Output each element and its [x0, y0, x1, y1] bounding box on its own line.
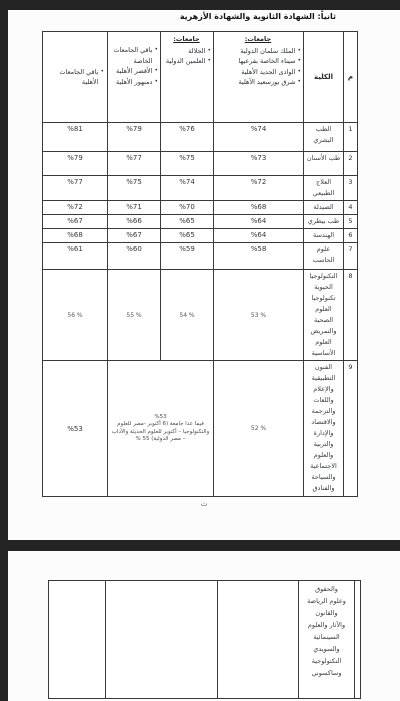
header-universities-group3: •باقي الجامعات الخاصة •الأقصر الأهلية •د… — [108, 32, 161, 123]
list-item: •العلمين الدولية — [162, 56, 211, 67]
bullet-icon: • — [297, 46, 301, 57]
percentage-value: %66 — [108, 215, 161, 229]
group1-title: جامعات: — [215, 34, 301, 45]
university-name: دمنهور الأهلية — [116, 77, 152, 88]
table-row: 8 التكنولوجيا الحيوية تكنولوجيا العلوم ا… — [43, 270, 358, 361]
list-item: •الملك سلمان الدولية — [215, 46, 301, 57]
table-header-row: م الكلية جامعات: •الملك سلمان الدولية •س… — [43, 32, 358, 123]
admission-percentages-table: م الكلية جامعات: •الملك سلمان الدولية •س… — [42, 31, 358, 497]
faculty-name: الطب البشري — [304, 123, 344, 152]
percentage-value: %75 — [161, 152, 214, 176]
pdf-viewer-canvas: { "title": "ثانياً: الشهادة الثانوية وال… — [0, 0, 400, 701]
percentage-value: %77 — [43, 176, 108, 201]
percentage-value: %60 — [108, 243, 161, 270]
row-number: 3 — [344, 176, 358, 201]
document-page-2: والحقوق وعلوم الرياضة والقانون والآثار و… — [8, 551, 400, 701]
row-number: 8 — [344, 270, 358, 361]
page-number: ث — [8, 500, 400, 508]
header-universities-group1: جامعات: •الملك سلمان الدولية •سيناء الخا… — [214, 32, 304, 123]
table-row: 3 العلاج الطبيعي %72 %74 %75 %77 — [43, 176, 358, 201]
percentage-value: % 55 — [108, 270, 161, 361]
percentage-value: %68 — [43, 229, 108, 243]
faculty-name: علوم الحاسب — [304, 243, 344, 270]
university-name: سيناء الخاصة بفرعيها — [238, 56, 295, 67]
percentage-value: %73 — [214, 152, 304, 176]
row-number: 9 — [344, 361, 358, 497]
row-number-empty — [355, 581, 361, 699]
percentage-value: %65 — [161, 215, 214, 229]
percentage-value: %64 — [214, 229, 304, 243]
university-name: شرق بورسعيد الأهلية — [238, 77, 295, 88]
list-item: •سيناء الخاصة بفرعيها — [215, 56, 301, 67]
header-number-col: م — [344, 32, 358, 123]
faculty-name: العلاج الطبيعي — [304, 176, 344, 201]
list-item: •باقي الجامعات الأهلية — [46, 67, 104, 88]
percentage-value: % 56 — [43, 270, 108, 361]
percentage-value: % 53 — [214, 270, 304, 361]
table-row: 2 طب الأسنان %73 %75 %77 %79 — [43, 152, 358, 176]
percentage-value: %79 — [43, 152, 108, 176]
merged-note-exception: فيما عدا جامعة (6 أكتوبر -مصر للعلوم وال… — [111, 421, 210, 444]
percentage-value: %79 — [108, 123, 161, 152]
table-row: والحقوق وعلوم الرياضة والقانون والآثار و… — [49, 581, 361, 699]
percentage-value: %68 — [214, 201, 304, 215]
percentage-value: %65 — [161, 229, 214, 243]
merged-note-top: %53 — [111, 414, 210, 422]
percentage-value: %76 — [161, 123, 214, 152]
percentage-value: % 54 — [161, 270, 214, 361]
percentage-value: %53 — [43, 361, 108, 497]
percentage-value: %59 — [161, 243, 214, 270]
bullet-icon: • — [154, 77, 158, 88]
document-title: ثانياً: الشهادة الثانوية والشهادة الأزهر… — [180, 12, 336, 21]
empty-cell — [218, 581, 299, 699]
university-name: باقي الجامعات الأهلية — [46, 67, 98, 88]
group2-title: جامعات: — [162, 34, 211, 45]
list-item: •دمنهور الأهلية — [109, 77, 158, 88]
bullet-icon: • — [154, 66, 158, 77]
bullet-icon: • — [297, 67, 301, 78]
table-row: 5 طب بيطري %64 %65 %66 %67 — [43, 215, 358, 229]
row-number: 7 — [344, 243, 358, 270]
bullet-icon: • — [297, 56, 301, 67]
faculty-name: الصيدلة — [304, 201, 344, 215]
faculty-name: طب الأسنان — [304, 152, 344, 176]
percentage-value: % 52 — [214, 361, 304, 497]
bullet-icon: • — [207, 46, 211, 57]
bullet-icon: • — [154, 45, 158, 66]
university-name: الأقصر الأهلية — [116, 66, 152, 77]
faculty-name: التكنولوجيا الحيوية تكنولوجيا العلوم الص… — [304, 270, 344, 361]
percentage-value: %74 — [214, 123, 304, 152]
list-item: •الأقصر الأهلية — [109, 66, 158, 77]
table-row: 4 الصيدلة %68 %70 %71 %72 — [43, 201, 358, 215]
empty-cell — [106, 581, 218, 699]
percentage-value: %67 — [108, 229, 161, 243]
percentage-value: %61 — [43, 243, 108, 270]
row-number: 4 — [344, 201, 358, 215]
list-item: •الجلالة — [162, 46, 211, 57]
merged-percentage-note: %53 فيما عدا جامعة (6 أكتوبر -مصر للعلوم… — [108, 361, 214, 497]
percentage-value: %72 — [43, 201, 108, 215]
admission-table-continued: والحقوق وعلوم الرياضة والقانون والآثار و… — [48, 580, 361, 699]
faculty-name: الفنون التطبيقية والإعلام واللغات والترج… — [304, 361, 344, 497]
faculty-name-continued: والحقوق وعلوم الرياضة والقانون والآثار و… — [299, 581, 355, 699]
percentage-value: %75 — [108, 176, 161, 201]
university-name: العلمين الدولية — [166, 56, 206, 67]
faculty-name: الهندسة — [304, 229, 344, 243]
list-item: •الوادى الجديد الأهلية — [215, 67, 301, 78]
percentage-value: %67 — [43, 215, 108, 229]
bullet-icon: • — [297, 77, 301, 88]
percentage-value: %72 — [214, 176, 304, 201]
header-faculty-col: الكلية — [304, 32, 344, 123]
bullet-icon: • — [100, 67, 104, 88]
table-row: 6 الهندسة %64 %65 %67 %68 — [43, 229, 358, 243]
university-name: الوادى الجديد الأهلية — [241, 67, 295, 78]
university-name: الملك سلمان الدولية — [240, 46, 295, 57]
percentage-value: %71 — [108, 201, 161, 215]
university-name: الجلالة — [188, 46, 205, 57]
table-row: 9 الفنون التطبيقية والإعلام واللغات والت… — [43, 361, 358, 497]
row-number: 6 — [344, 229, 358, 243]
percentage-value: %77 — [108, 152, 161, 176]
row-number: 2 — [344, 152, 358, 176]
university-name: باقي الجامعات الخاصة — [109, 45, 152, 66]
table-row: 7 علوم الحاسب %58 %59 %60 %61 — [43, 243, 358, 270]
document-page-1: ثانياً: الشهادة الثانوية والشهادة الأزهر… — [8, 10, 400, 540]
header-universities-group4: •باقي الجامعات الأهلية — [43, 32, 108, 123]
faculty-name: طب بيطري — [304, 215, 344, 229]
percentage-value: %58 — [214, 243, 304, 270]
header-universities-group2: جامعات: •الجلالة •العلمين الدولية — [161, 32, 214, 123]
row-number: 5 — [344, 215, 358, 229]
percentage-value: %64 — [214, 215, 304, 229]
list-item: •باقي الجامعات الخاصة — [109, 45, 158, 66]
percentage-value: %74 — [161, 176, 214, 201]
row-number: 1 — [344, 123, 358, 152]
bullet-icon: • — [207, 56, 211, 67]
percentage-value: %70 — [161, 201, 214, 215]
empty-cell — [49, 581, 106, 699]
list-item: •شرق بورسعيد الأهلية — [215, 77, 301, 88]
percentage-value: %81 — [43, 123, 108, 152]
table-row: 1 الطب البشري %74 %76 %79 %81 — [43, 123, 358, 152]
